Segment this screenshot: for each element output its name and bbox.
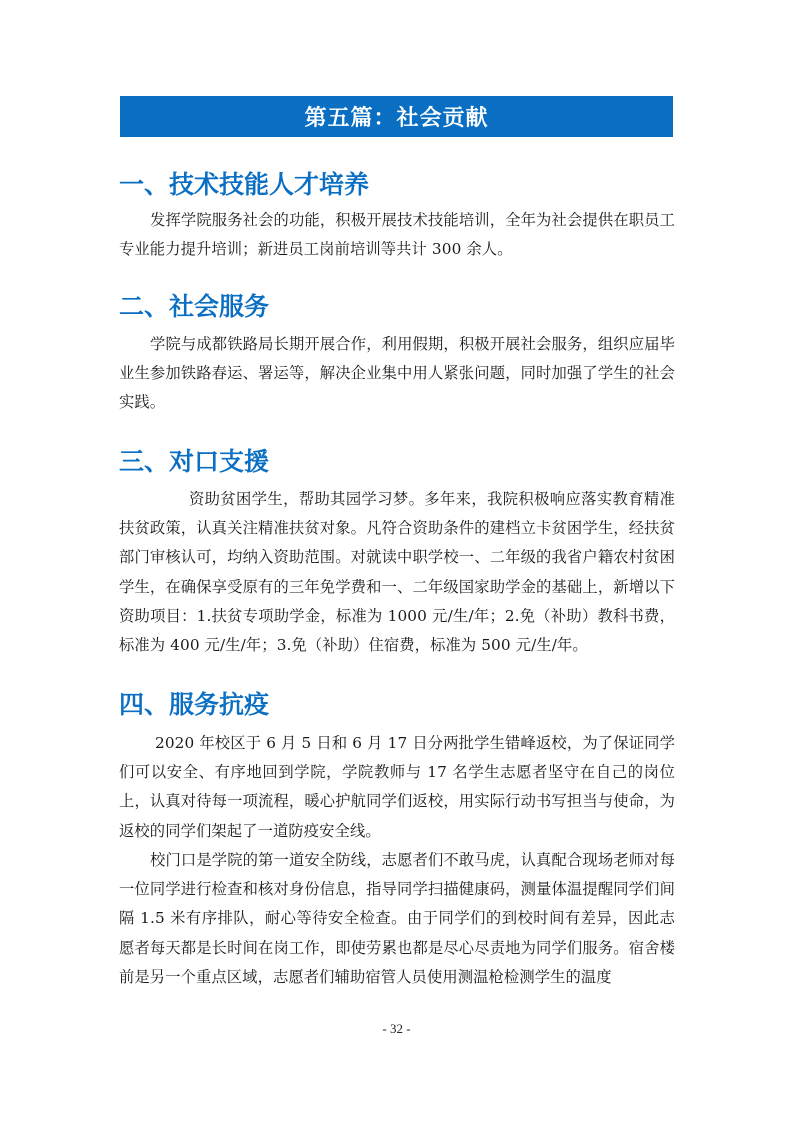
paragraph-social-service: 学院与成都铁路局长期开展合作，利用假期，积极开展社会服务，组织应届毕业生参加铁路… bbox=[119, 330, 675, 418]
paragraph-pandemic-service-2: 校门口是学院的第一道安全防线，志愿者们不敢马虎，认真配合现场老师对每一位同学进行… bbox=[119, 846, 675, 992]
document-page: 第五篇：社会贡献 一、技术技能人才培养 发挥学院服务社会的功能，积极开展技术技能… bbox=[0, 0, 793, 1122]
paragraph-targeted-support: 资助贫困学生，帮助其园学习梦。多年来，我院积极响应落实教育精准扶贫政策，认真关注… bbox=[119, 485, 675, 660]
section-heading-pandemic-service: 四、服务抗疫 bbox=[119, 690, 269, 720]
chapter-banner: 第五篇：社会贡献 bbox=[120, 96, 673, 137]
section-heading-social-service: 二、社会服务 bbox=[119, 292, 269, 322]
chapter-title: 第五篇：社会贡献 bbox=[304, 101, 488, 132]
paragraph-talent-training: 发挥学院服务社会的功能，积极开展技术技能培训，全年为社会提供在职员工专业能力提升… bbox=[119, 206, 675, 264]
section-heading-targeted-support: 三、对口支援 bbox=[119, 447, 269, 477]
page-number: - 32 - bbox=[0, 1021, 793, 1037]
section-heading-talent-training: 一、技术技能人才培养 bbox=[119, 170, 369, 200]
paragraph-pandemic-service-1: 2020 年校区于 6 月 5 日和 6 月 17 日分两批学生错峰返校，为了保… bbox=[119, 729, 675, 846]
